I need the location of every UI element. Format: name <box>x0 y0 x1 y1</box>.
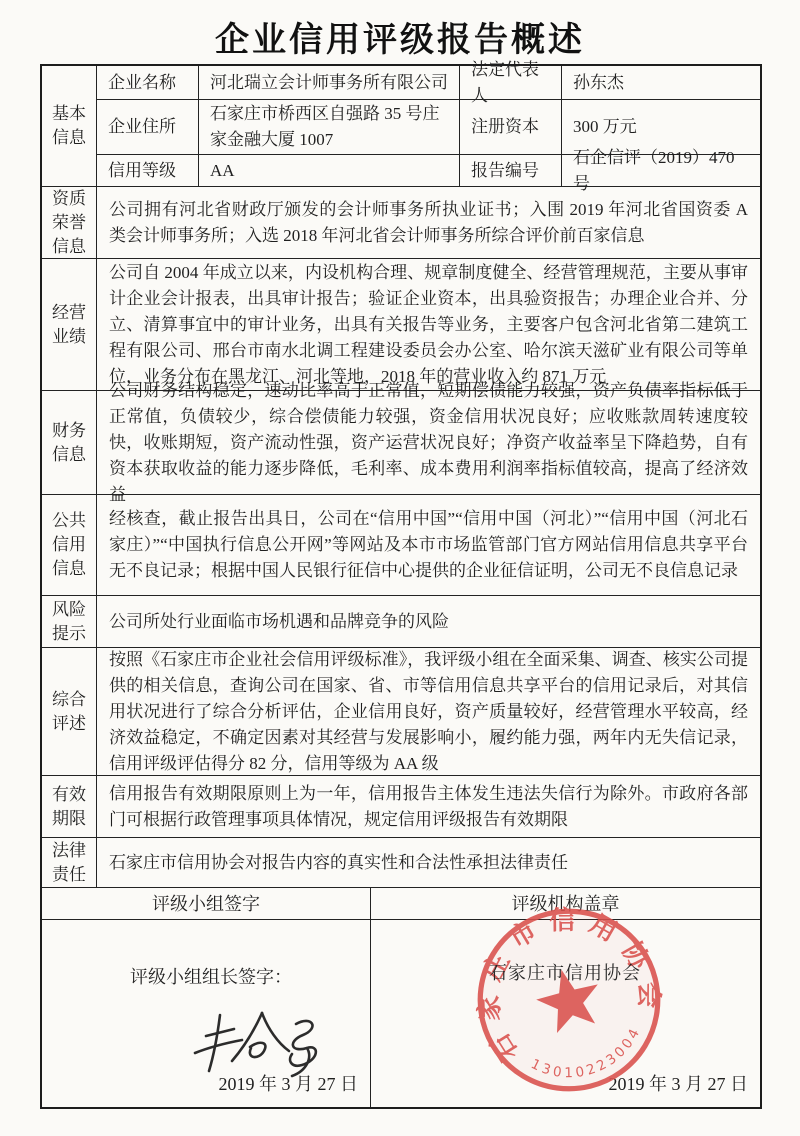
section-legal-responsibility: 法律 责任 石家庄市信用协会对报告内容的真实性和合法性承担法律责任 <box>42 837 760 887</box>
section-content: 经核查，截止报告出具日，公司在“信用中国”“信用中国（河北）”“信用中国（河北石… <box>109 506 748 584</box>
section-content: 石家庄市信用协会对报告内容的真实性和合法性承担法律责任 <box>109 850 748 876</box>
section-content: 按照《石家庄市企业社会信用评级标准》，我评级小组在全面采集、调查、核实公司提供的… <box>109 647 748 777</box>
section-label: 资质 荣誉 信息 <box>42 187 97 258</box>
section-label: 经营 业绩 <box>42 259 97 390</box>
address-value: 石家庄市桥西区自强路 35 号庄家金融大厦 1007 <box>198 99 459 154</box>
report-number-label: 报告编号 <box>459 154 561 186</box>
credit-grade-label: 信用等级 <box>97 154 198 186</box>
basic-info-grid: 企业名称 河北瑞立会计师事务所有限公司 法定代表人 孙东杰 企业住所 石家庄市桥… <box>97 66 760 186</box>
section-public-credit-info: 公共 信用 信息 经核查，截止报告出具日，公司在“信用中国”“信用中国（河北）”… <box>42 494 760 595</box>
section-validity-period: 有效 期限 信用报告有效期限原则上为一年，信用报告主体发生违法失信行为除外。市政… <box>42 775 760 837</box>
section-label: 综合 评述 <box>42 648 97 775</box>
team-leader-signature-label: 评级小组组长签字： <box>130 964 292 990</box>
section-content: 信用报告有效期限原则上为一年，信用报告主体发生违法失信行为除外。市政府各部门可根… <box>109 781 748 833</box>
handwritten-signature <box>192 1004 342 1078</box>
legal-rep-value: 孙东杰 <box>561 66 760 99</box>
basic-info-section-label: 基本 信息 <box>42 66 97 186</box>
section-label: 财务 信息 <box>42 391 97 494</box>
rating-org-name: 石家庄市信用协会 <box>489 960 641 986</box>
section-financial-info: 财务 信息 公司财务结构稳定，速动比率高于正常值，短期偿债能力较强，资产负债率指… <box>42 390 760 494</box>
section-content: 公司财务结构稳定，速动比率高于正常值，短期偿债能力较强，资产负债率指标低于正常值… <box>109 378 748 508</box>
credit-grade-value: AA <box>198 154 459 186</box>
section-content: 公司所处行业面临市场机遇和品牌竞争的风险 <box>109 609 748 635</box>
page-title: 企业信用评级报告概述 <box>0 12 800 61</box>
section-comprehensive-review: 综合 评述 按照《石家庄市企业社会信用评级标准》，我评级小组在全面采集、调查、核… <box>42 647 760 775</box>
section-qualification-honors: 资质 荣誉 信息 公司拥有河北省财政厅颁发的会计师事务所执业证书；入围 2019… <box>42 186 760 258</box>
section-content: 公司自 2004 年成立以来，内设机构合理、规章制度健全、经营管理规范，主要从事… <box>109 260 748 390</box>
rating-team-signature-header: 评级小组签字 <box>152 891 260 917</box>
basic-info-row: 基本 信息 企业名称 河北瑞立会计师事务所有限公司 法定代表人 孙东杰 企业住所… <box>42 66 760 186</box>
signoff-body-row: 评级小组组长签字： 2019 年 3 月 27 日 石家庄市信用协会 <box>42 919 760 1107</box>
signoff-header-row: 评级小组签字 评级机构盖章 <box>42 887 760 919</box>
report-number-value: 石企信评（2019）470 号 <box>561 154 760 186</box>
section-label: 风险 提示 <box>42 596 97 647</box>
section-content: 公司拥有河北省财政厅颁发的会计师事务所执业证书；入围 2019 年河北省国资委 … <box>109 197 748 249</box>
section-label: 有效 期限 <box>42 776 97 837</box>
section-business-performance: 经营 业绩 公司自 2004 年成立以来，内设机构合理、规章制度健全、经营管理规… <box>42 258 760 390</box>
section-label: 公共 信用 信息 <box>42 495 97 595</box>
credit-report-table: 基本 信息 企业名称 河北瑞立会计师事务所有限公司 法定代表人 孙东杰 企业住所… <box>40 64 762 1109</box>
legal-rep-label: 法定代表人 <box>459 66 561 99</box>
company-name-label: 企业名称 <box>97 66 198 99</box>
section-risk-warning: 风险 提示 公司所处行业面临市场机遇和品牌竞争的风险 <box>42 595 760 647</box>
registered-capital-label: 注册资本 <box>459 99 561 154</box>
address-label: 企业住所 <box>97 99 198 154</box>
section-label: 法律 责任 <box>42 838 97 887</box>
company-name-value: 河北瑞立会计师事务所有限公司 <box>198 66 459 99</box>
left-date: 2019 年 3 月 27 日 <box>219 1071 359 1097</box>
